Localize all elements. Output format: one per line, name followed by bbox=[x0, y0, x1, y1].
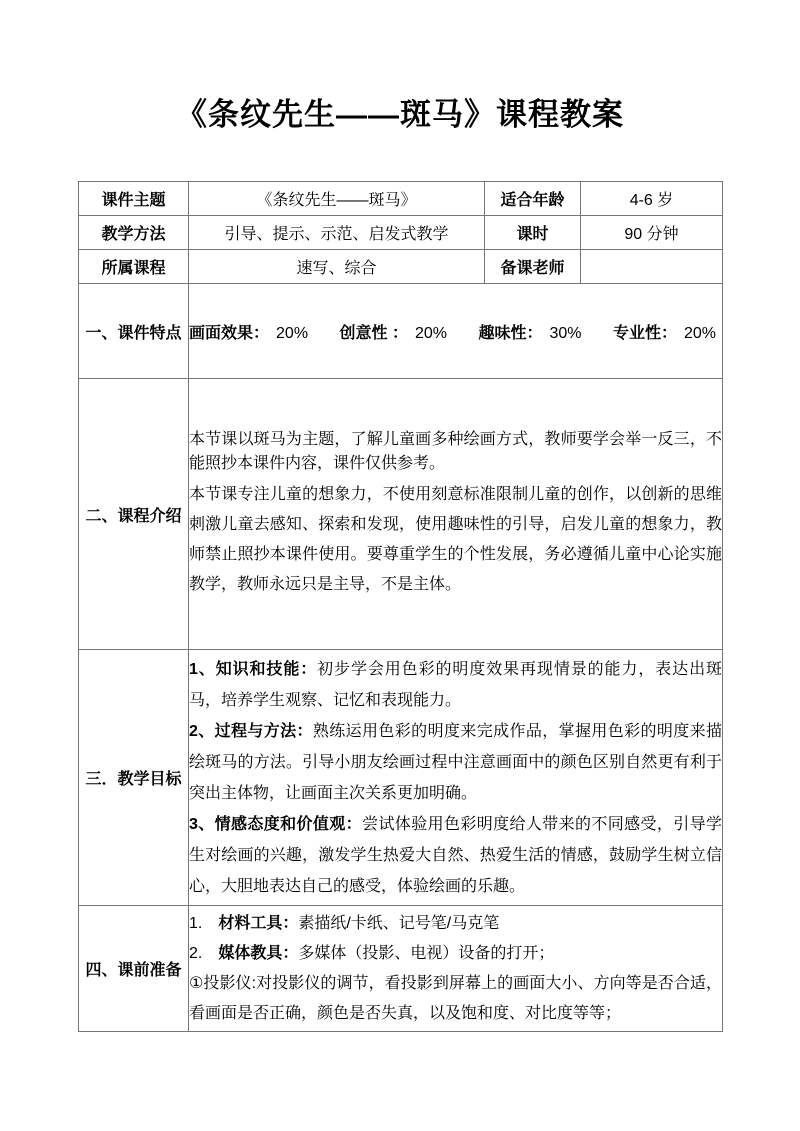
preparation-section-label: 四、课前准备 bbox=[79, 906, 189, 1032]
teacher-label: 备课老师 bbox=[485, 250, 581, 284]
duration-label: 课时 bbox=[485, 216, 581, 250]
objective-item: 3、情感态度和价值观：尝试体验用色彩明度给人带来的不同感受，引导学生对绘画的兴趣… bbox=[189, 809, 722, 902]
metric-value: 20% bbox=[684, 325, 716, 342]
preparation-note: ①投影仪:对投影仪的调节，看投影到屏幕上的画面大小、方向等是否合适，看画面是否正… bbox=[189, 969, 722, 1029]
preparation-item: 1.材料工具：素描纸/卡纸、记号笔/马克笔 bbox=[189, 909, 722, 939]
metric-name: 创意性 ： bbox=[340, 325, 408, 342]
table-row-method: 教学方法 引导、提示、示范、启发式教学 课时 90 分钟 bbox=[79, 216, 723, 250]
theme-label: 课件主题 bbox=[79, 182, 189, 216]
age-label: 适合年龄 bbox=[485, 182, 581, 216]
introduction-content: 本节课以斑马为主题，了解儿童画多种绘画方式，教师要学会举一反三，不能照抄本课件内… bbox=[189, 379, 723, 650]
objective-lead: 3、情感态度和价值观： bbox=[189, 816, 362, 833]
introduction-paragraph: 本节课专注儿童的想象力，不使用刻意标准限制儿童的创作，以创新的思维刺激儿童去感知… bbox=[189, 480, 722, 600]
section-row-features: 一、课件特点 画面效果：20% 创意性 ：20% 趣味性：30% 专业性：20% bbox=[79, 284, 723, 379]
objectives-content: 1、知识和技能：初步学会用色彩的明度效果再现情景的能力，表达出斑马，培养学生观察… bbox=[189, 650, 723, 906]
features-content: 画面效果：20% 创意性 ：20% 趣味性：30% 专业性：20% bbox=[189, 284, 723, 379]
item-text: 多媒体（投影、电视）设备的打开； bbox=[298, 945, 554, 962]
metric-value: 20% bbox=[276, 325, 308, 342]
metric-name: 画面效果： bbox=[189, 325, 269, 342]
page-title: 《条纹先生——斑马》课程教案 bbox=[0, 0, 800, 134]
item-text: 素描纸/卡纸、记号笔/马克笔 bbox=[298, 915, 499, 932]
metric-value: 30% bbox=[549, 325, 581, 342]
course-label: 所属课程 bbox=[79, 250, 189, 284]
course-value: 速写、综合 bbox=[189, 250, 485, 284]
features-section-label: 一、课件特点 bbox=[79, 284, 189, 379]
metric-creativity: 创意性 ：20% bbox=[340, 325, 447, 342]
item-number: 2. bbox=[189, 939, 202, 969]
objective-lead: 2、过程与方法： bbox=[189, 723, 313, 740]
item-lead: 材料工具： bbox=[218, 915, 298, 932]
teacher-value bbox=[581, 250, 723, 284]
lesson-plan-table: 课件主题 《条纹先生——斑马》 适合年龄 4-6 岁 教学方法 引导、提示、示范… bbox=[78, 181, 723, 1032]
metric-name: 趣味性： bbox=[478, 325, 542, 342]
theme-value: 《条纹先生——斑马》 bbox=[189, 182, 485, 216]
age-value: 4-6 岁 bbox=[581, 182, 723, 216]
introduction-section-label: 二、课程介绍 bbox=[79, 379, 189, 650]
objective-item: 2、过程与方法：熟练运用色彩的明度来完成作品，掌握用色彩的明度来描绘斑马的方法。… bbox=[189, 716, 722, 809]
method-label: 教学方法 bbox=[79, 216, 189, 250]
metric-screen-effect: 画面效果：20% bbox=[189, 325, 308, 342]
section-row-introduction: 二、课程介绍 本节课以斑马为主题，了解儿童画多种绘画方式，教师要学会举一反三，不… bbox=[79, 379, 723, 650]
metric-value: 20% bbox=[415, 325, 447, 342]
duration-value: 90 分钟 bbox=[581, 216, 723, 250]
table-row-theme: 课件主题 《条纹先生——斑马》 适合年龄 4-6 岁 bbox=[79, 182, 723, 216]
metric-name: 专业性： bbox=[613, 325, 677, 342]
objective-item: 1、知识和技能：初步学会用色彩的明度效果再现情景的能力，表达出斑马，培养学生观察… bbox=[189, 654, 722, 716]
section-row-objectives: 三．教学目标 1、知识和技能：初步学会用色彩的明度效果再现情景的能力，表达出斑马… bbox=[79, 650, 723, 906]
preparation-content: 1.材料工具：素描纸/卡纸、记号笔/马克笔 2.媒体教具：多媒体（投影、电视）设… bbox=[189, 906, 723, 1032]
objectives-section-label: 三．教学目标 bbox=[79, 650, 189, 906]
item-lead: 媒体教具： bbox=[218, 945, 298, 962]
document-page: 《条纹先生——斑马》课程教案 课件主题 《条纹先生——斑马》 适合年龄 4-6 … bbox=[0, 0, 800, 1131]
metric-professionalism: 专业性：20% bbox=[613, 325, 716, 342]
section-row-preparation: 四、课前准备 1.材料工具：素描纸/卡纸、记号笔/马克笔 2.媒体教具：多媒体（… bbox=[79, 906, 723, 1032]
table-row-course: 所属课程 速写、综合 备课老师 bbox=[79, 250, 723, 284]
preparation-item: 2.媒体教具：多媒体（投影、电视）设备的打开； bbox=[189, 939, 722, 969]
method-value: 引导、提示、示范、启发式教学 bbox=[189, 216, 485, 250]
metric-fun: 趣味性：30% bbox=[478, 325, 581, 342]
introduction-paragraph: 本节课以斑马为主题，了解儿童画多种绘画方式，教师要学会举一反三，不能照抄本课件内… bbox=[189, 428, 722, 476]
item-number: 1. bbox=[189, 909, 202, 939]
objective-lead: 1、知识和技能： bbox=[189, 661, 317, 678]
